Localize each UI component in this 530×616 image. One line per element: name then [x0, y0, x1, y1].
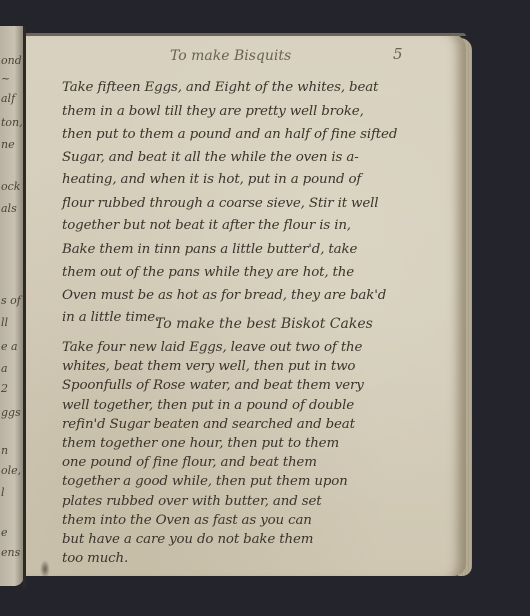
left-page-fragment: e a	[1, 340, 18, 353]
left-page-fragment: 2	[1, 382, 8, 395]
left-page-fragment: ton,	[1, 116, 23, 129]
recipe-line: in a little time.	[62, 310, 159, 325]
left-page-fragment: als	[1, 202, 17, 215]
recipe-line: plates rubbed over with butter, and set	[62, 494, 322, 509]
recipe-line: them into the Oven as fast as you can	[62, 513, 312, 528]
recipe-heading-biskot-cakes: To make the best Biskot Cakes	[155, 316, 373, 332]
recipe-line: well together, then put in a pound of do…	[62, 398, 354, 413]
recipe-line: too much.	[62, 551, 128, 566]
left-page-fragment: alf	[1, 92, 15, 105]
left-page-fragment: ens	[1, 546, 20, 559]
recipe-line: them together one hour, then put to them	[62, 436, 339, 451]
left-page-fragment: e	[1, 526, 8, 539]
recipe-line: Sugar, and beat it all the while the ove…	[62, 150, 359, 165]
recipe-line: then put to them a pound and an half of …	[62, 127, 397, 142]
recipe-line: them out of the pans while they are hot,…	[62, 265, 354, 280]
page-number: 5	[393, 45, 403, 63]
recipe-line: heating, and when it is hot, put in a po…	[62, 172, 361, 187]
left-page-fragment: ggs	[1, 406, 21, 419]
left-page-fragment: l	[1, 486, 5, 499]
left-page-fragment: ole,	[1, 464, 21, 477]
recipe-line: Bake them in tinn pans a little butter'd…	[62, 242, 357, 257]
recipe-line: Oven must be as hot as for bread, they a…	[62, 288, 386, 303]
ink-stain	[40, 560, 50, 578]
page-top-edge	[26, 33, 466, 36]
recipe-line: whites, beat them very well, then put in…	[62, 359, 355, 374]
recipe-line: but have a care you do not bake them	[62, 532, 313, 547]
left-page-fragment: a	[1, 362, 8, 375]
recipe-line: one pound of fine flour, and beat them	[62, 455, 317, 470]
left-facing-page: ond ~ alf ton, ne ock als s of ll e a a …	[0, 26, 24, 586]
left-page-fragment: ock	[1, 180, 20, 193]
recipe-heading-bisquits: To make Bisquits	[170, 48, 291, 64]
manuscript-scan: ond ~ alf ton, ne ock als s of ll e a a …	[0, 0, 530, 616]
left-page-fragment: ond	[1, 54, 22, 67]
left-page-fragment: s of	[1, 294, 21, 307]
left-page-fragment: n	[1, 444, 8, 457]
left-page-fragment: ne	[1, 138, 15, 151]
left-page-fragment: ~	[1, 72, 10, 85]
recipe-line: together but not beat it after the flour…	[62, 218, 351, 233]
left-page-fragment: ll	[1, 316, 8, 329]
recipe-line: Take fifteen Eggs, and Eight of the whit…	[62, 80, 378, 95]
recipe-line: flour rubbed through a coarse sieve, Sti…	[62, 196, 378, 211]
recipe-line: together a good while, then put them upo…	[62, 474, 348, 489]
recipe-line: Take four new laid Eggs, leave out two o…	[62, 340, 362, 355]
recipe-line: Spoonfulls of Rose water, and beat them …	[62, 378, 364, 393]
recipe-line: them in a bowl till they are pretty well…	[62, 104, 364, 119]
recipe-line: refin'd Sugar beaten and searched and be…	[62, 417, 355, 432]
